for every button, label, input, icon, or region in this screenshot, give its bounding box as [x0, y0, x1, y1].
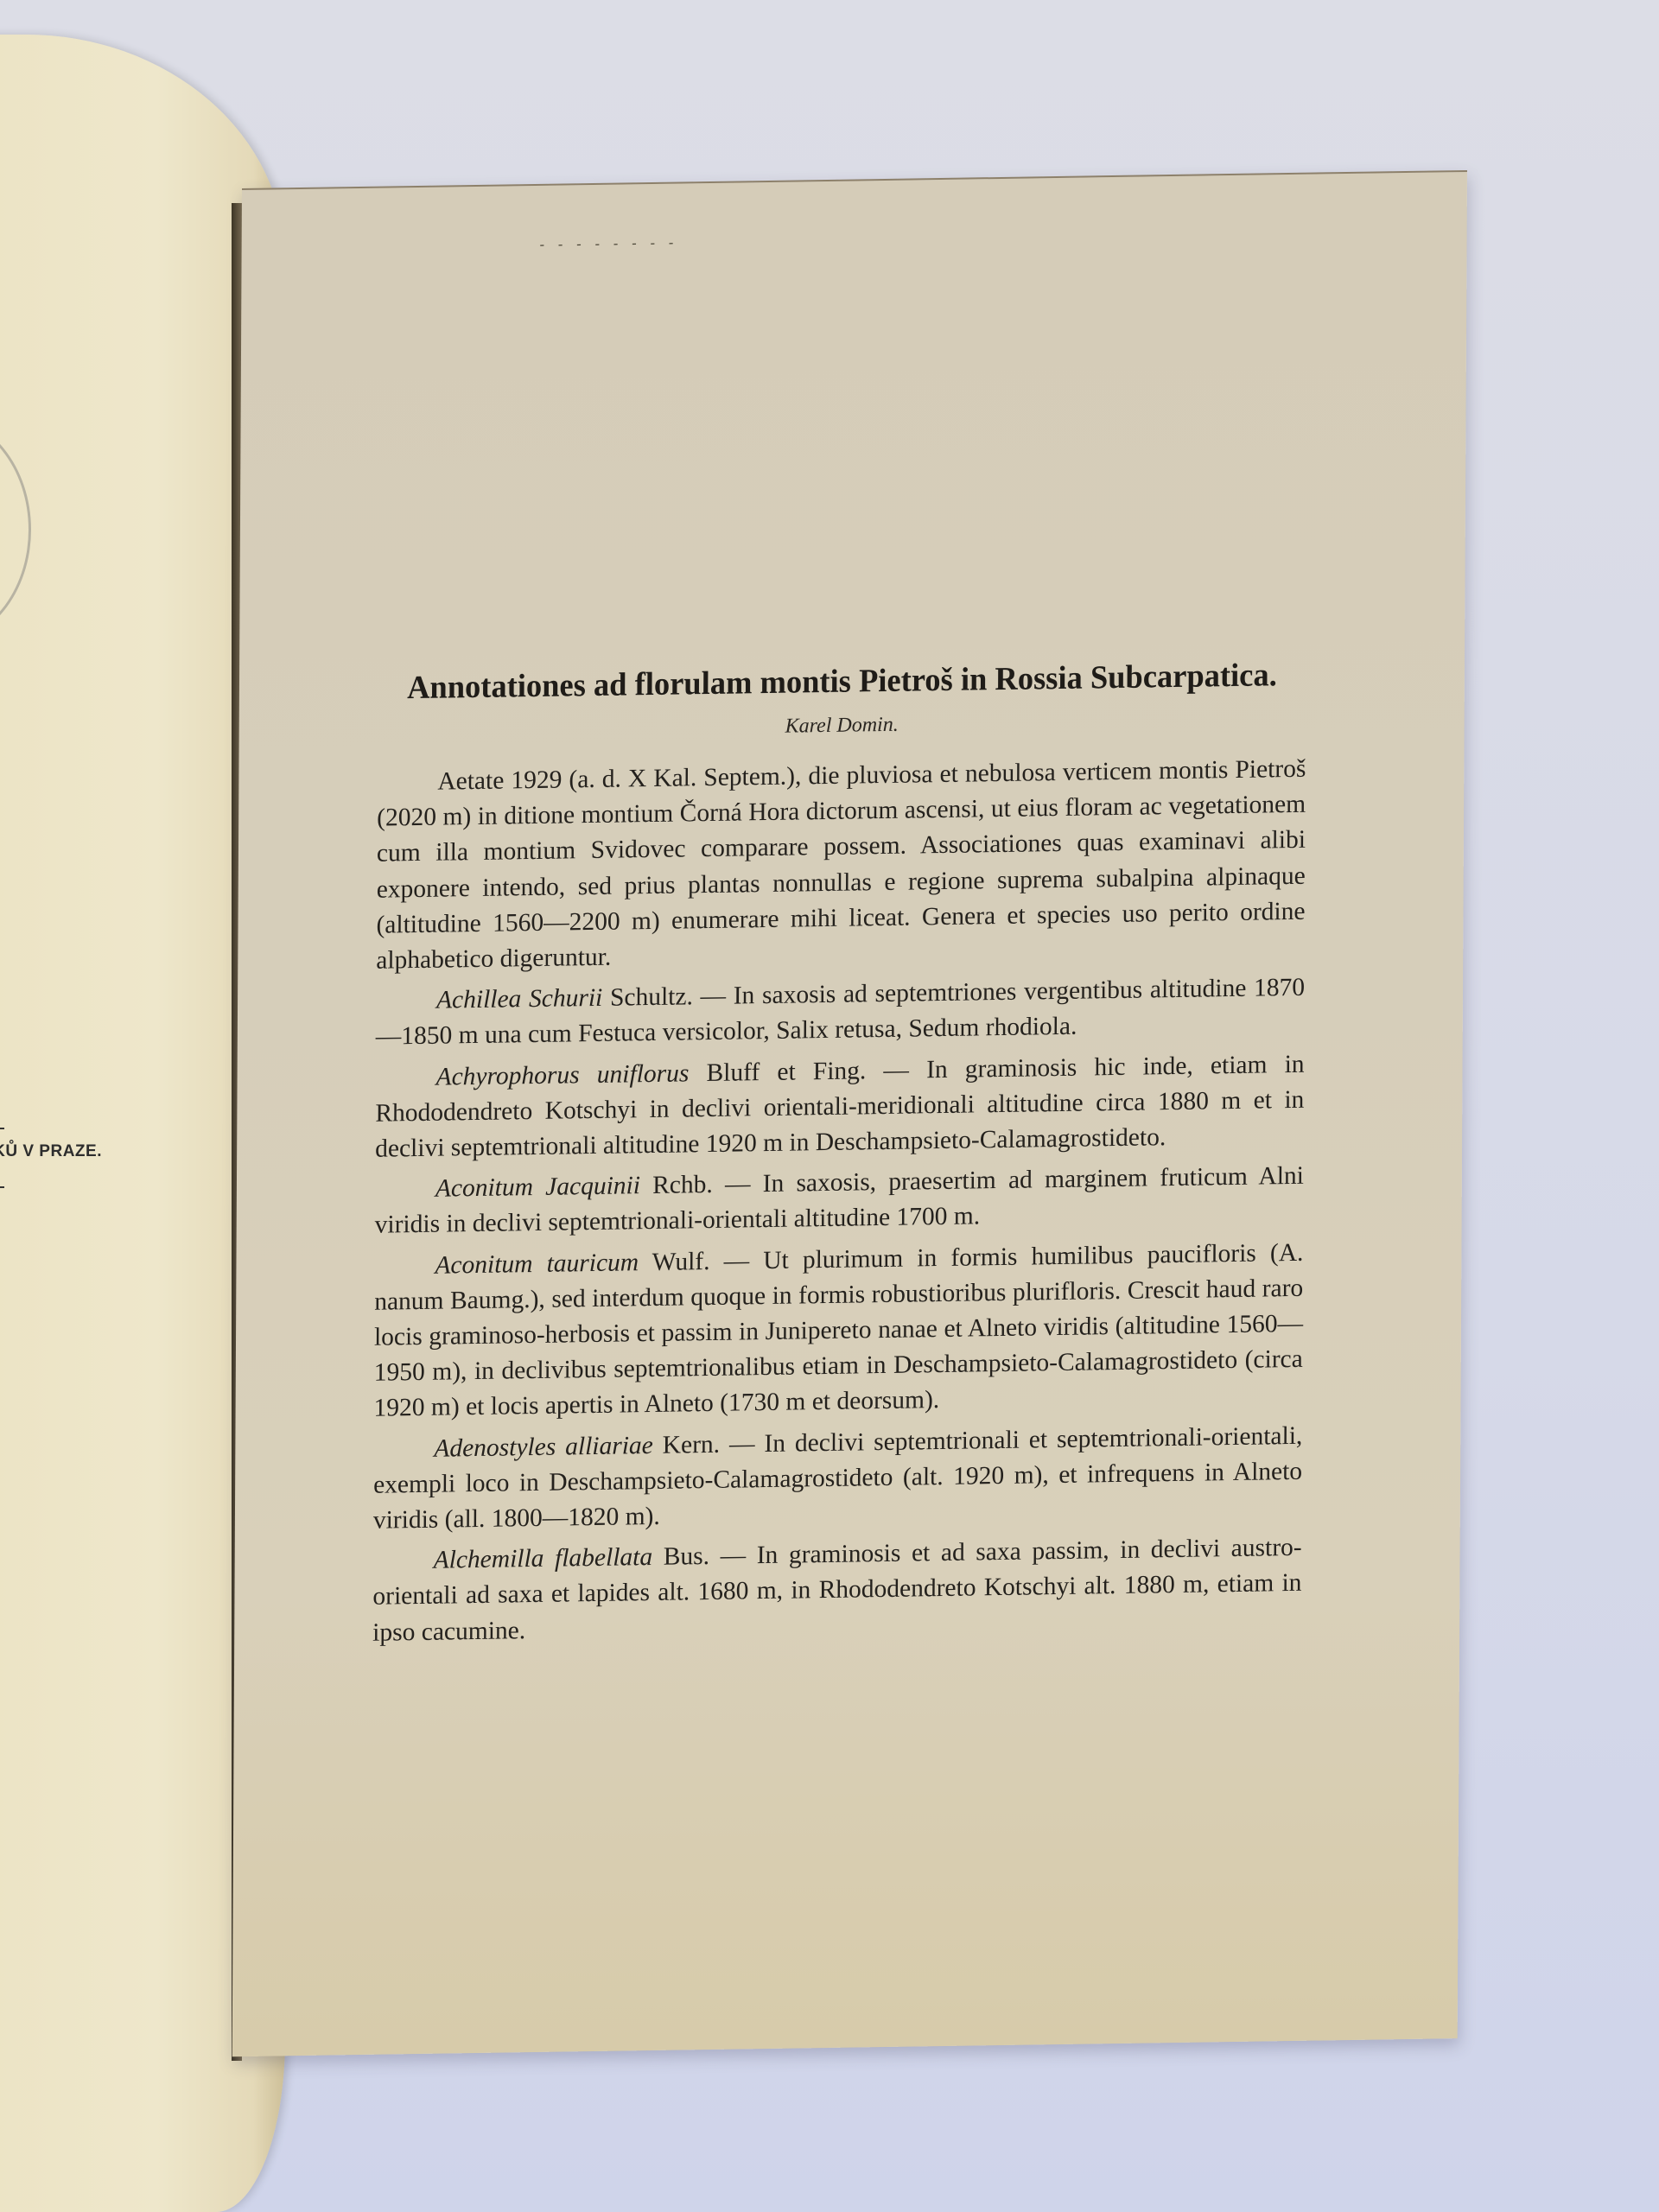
species-authority: Rchb.: [640, 1171, 725, 1199]
species-name: Alchemilla flabellata: [434, 1543, 653, 1574]
species-entry: Aconitum Jacquinii Rchb. — In saxosis, p…: [375, 1159, 1304, 1243]
species-entry: Aconitum tauricum Wulf. — Ut plurimum in…: [373, 1235, 1303, 1427]
divider-rule: [0, 1128, 4, 1129]
species-name: Adenostyles alliariae: [434, 1432, 653, 1463]
intro-paragraph: Aetate 1929 (a. d. X Kal. Septem.), die …: [376, 752, 1306, 979]
species-name: Aconitum Jacquinii: [435, 1172, 640, 1203]
library-stamp: [0, 415, 31, 645]
divider-rule: [0, 1186, 4, 1188]
species-entry: Alchemilla flabellata Bus. — In graminos…: [372, 1530, 1302, 1651]
document-page: - - - - - - - - Annotationes ad florulam…: [232, 170, 1467, 2056]
species-entry: Achyrophorus uniflorus Bluff et Fing. — …: [375, 1046, 1305, 1167]
species-name: Aconitum tauricum: [435, 1249, 639, 1280]
species-name: Achyrophorus uniflorus: [436, 1059, 690, 1090]
species-entry: Achillea Schurii Schultz. — In saxosis a…: [376, 970, 1305, 1055]
species-authority: Schultz.: [602, 982, 700, 1012]
header-print-marks: - - - - - - - -: [540, 234, 747, 253]
species-name: Achillea Schurii: [436, 984, 602, 1014]
species-authority: Bus.: [652, 1542, 721, 1571]
species-authority: Wulf.: [639, 1247, 724, 1275]
species-entry: Adenostyles alliariae Kern. — In declivi…: [373, 1418, 1303, 1539]
left-page-footer-text: YSIKŮ V PRAZE.: [0, 1142, 102, 1161]
article-author: Karel Domin.: [378, 708, 1306, 745]
species-authority: Kern.: [653, 1430, 729, 1459]
page-content: Annotationes ad florulam montis Pietroš …: [372, 654, 1306, 1656]
species-authority: Bluff et Fing.: [689, 1057, 883, 1087]
article-title: Annotationes ad florulam montis Pietroš …: [396, 654, 1287, 709]
species-entries: Achillea Schurii Schultz. — In saxosis a…: [372, 970, 1305, 1651]
